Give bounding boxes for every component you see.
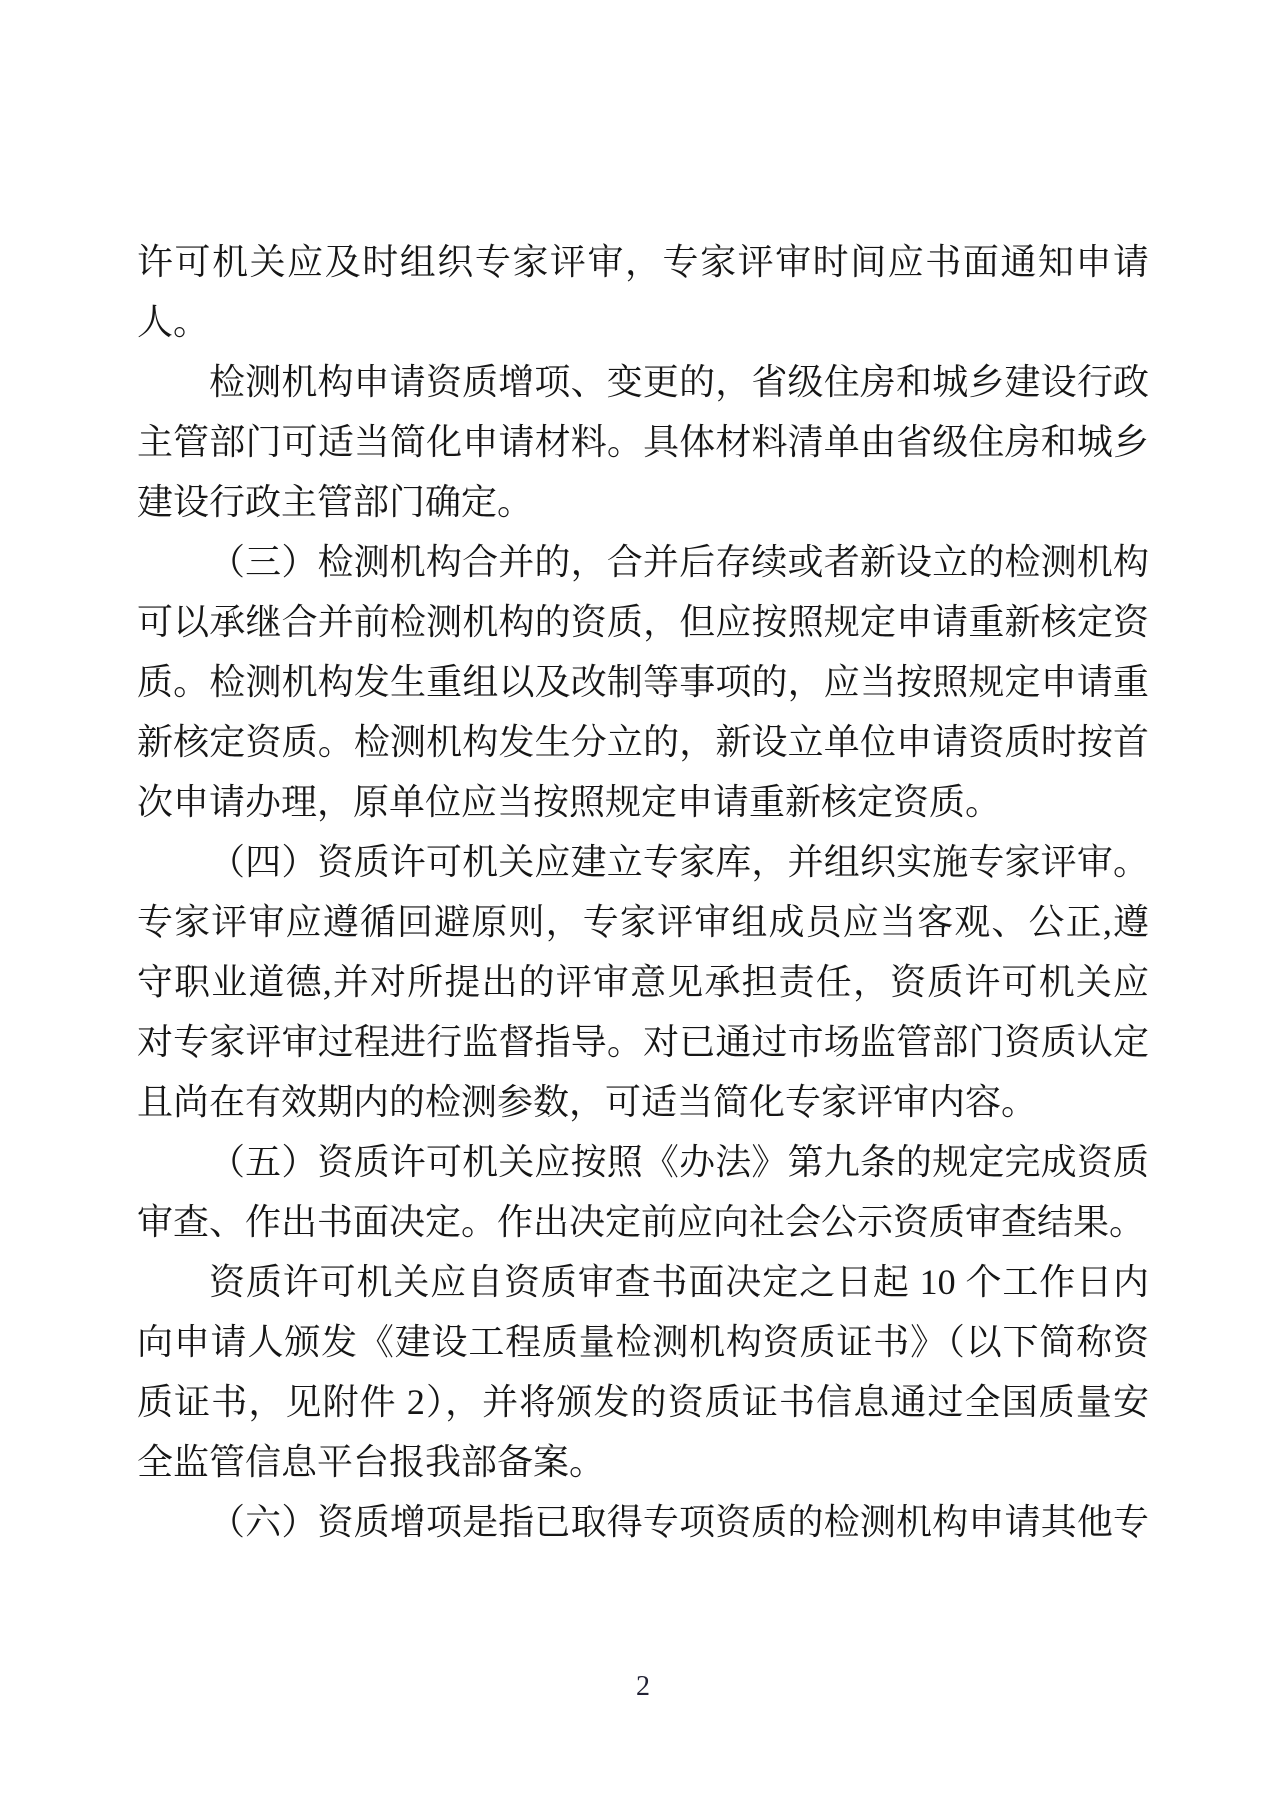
text-line: 守职业道德,并对所提出的评审意见承担责任，资质许可机关应 [137,952,1149,1012]
text-line: （四）资质许可机关应建立专家库，并组织实施专家评审。 [137,832,1149,892]
text-line: 专家评审应遵循回避原则，专家评审组成员应当客观、公正,遵 [137,892,1149,952]
text-line: 许可机关应及时组织专家评审，专家评审时间应书面通知申请 [137,232,1149,292]
document-body: 许可机关应及时组织专家评审，专家评审时间应书面通知申请 人。 检测机构申请资质增… [137,232,1149,1552]
text-line: 人。 [137,292,1149,352]
text-line: 检测机构申请资质增项、变更的，省级住房和城乡建设行政 [137,352,1149,412]
text-line: 质。检测机构发生重组以及改制等事项的，应当按照规定申请重 [137,652,1149,712]
text-line: 且尚在有效期内的检测参数，可适当简化专家评审内容。 [137,1072,1149,1132]
text-line: 全监管信息平台报我部备案。 [137,1432,1149,1492]
text-line: 建设行政主管部门确定。 [137,472,1149,532]
text-line: 新核定资质。检测机构发生分立的，新设立单位申请资质时按首 [137,712,1149,772]
text-line: 主管部门可适当简化申请材料。具体材料清单由省级住房和城乡 [137,412,1149,472]
document-page: 许可机关应及时组织专家评审，专家评审时间应书面通知申请 人。 检测机构申请资质增… [0,0,1280,1810]
text-line: 质证书，见附件 2），并将颁发的资质证书信息通过全国质量安 [137,1372,1149,1432]
text-line: 资质许可机关应自资质审查书面决定之日起 10 个工作日内 [137,1252,1149,1312]
text-line: 次申请办理，原单位应当按照规定申请重新核定资质。 [137,772,1149,832]
text-line: 审查、作出书面决定。作出决定前应向社会公示资质审查结果。 [137,1192,1149,1252]
page-number: 2 [636,1671,650,1702]
text-line: （五）资质许可机关应按照《办法》第九条的规定完成资质 [137,1132,1149,1192]
page-footer: 2 [137,1672,1149,1702]
text-line: （六）资质增项是指已取得专项资质的检测机构申请其他专 [137,1492,1149,1552]
text-line: 对专家评审过程进行监督指导。对已通过市场监管部门资质认定 [137,1012,1149,1072]
text-line: 向申请人颁发《建设工程质量检测机构资质证书》（以下简称资 [137,1312,1149,1372]
text-line: （三）检测机构合并的，合并后存续或者新设立的检测机构 [137,532,1149,592]
text-line: 可以承继合并前检测机构的资质，但应按照规定申请重新核定资 [137,592,1149,652]
